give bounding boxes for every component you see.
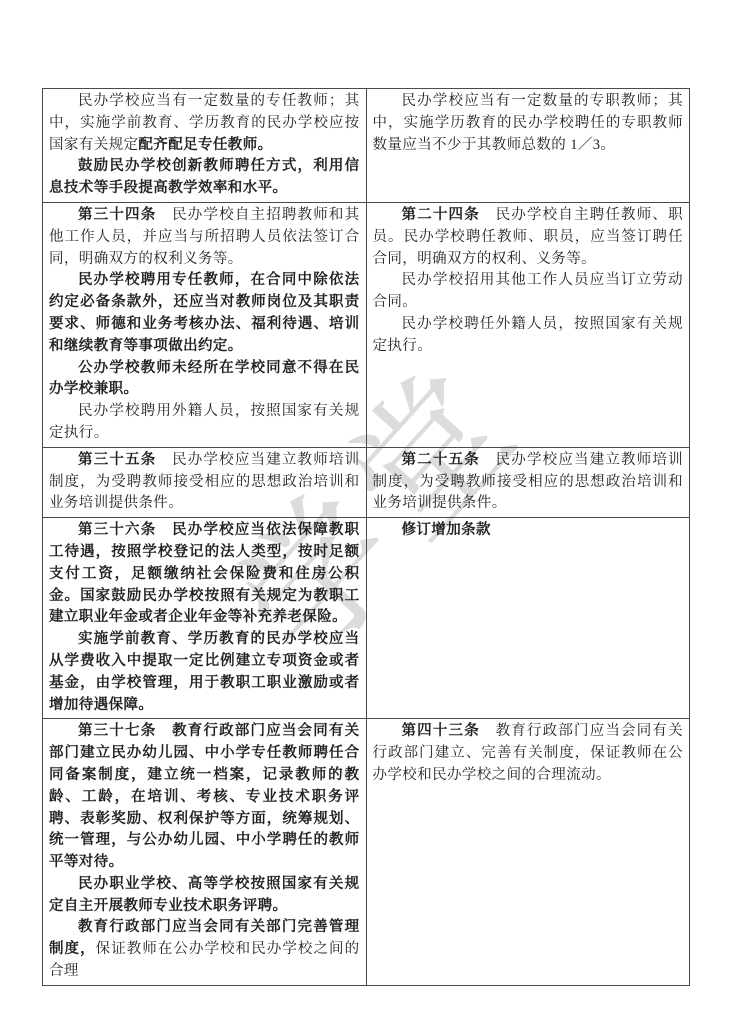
bold-run: 第三十六条	[78, 522, 156, 538]
bold-run: 民办职业学校、高等学校按照国家有关规定自主开展教师专业技术职务评聘。	[49, 876, 360, 914]
paragraph: 民办学校招用其他工作人员应当订立劳动合同。	[373, 270, 684, 314]
right-cell: 民办学校应当有一定数量的专职教师；其中，实施学历教育的民办学校聘任的专职教师数量…	[366, 89, 690, 203]
paragraph: 第三十六条 民办学校应当依法保障教职工待遇，按照学校登记的法人类型，按时足额支付…	[49, 520, 360, 629]
bold-run: 第二十四条	[402, 207, 480, 223]
right-cell: 第二十五条 民办学校应当建立教师培训制度，为受聘教师接受相应的思想政治培训和业务…	[366, 447, 690, 517]
table-row: 第三十七条 教育行政部门应当会同有关部门建立民办幼儿园、中小学专任教师聘任合同备…	[43, 719, 690, 986]
right-cell: 修订增加条款	[366, 518, 690, 719]
paragraph: 公办学校教师未经所在学校同意不得在民办学校兼职。	[49, 358, 360, 402]
paragraph: 修订增加条款	[373, 520, 684, 542]
bold-run: 公办学校教师未经所在学校同意不得在民办学校兼职。	[49, 360, 360, 398]
bold-run: 配齐配足专任教师。	[138, 137, 272, 153]
bold-run: 第三十七条	[78, 723, 156, 739]
left-cell: 第三十六条 民办学校应当依法保障教职工待遇，按照学校登记的法人类型，按时足额支付…	[43, 518, 367, 719]
bold-run: 第四十三条	[402, 723, 480, 739]
text-run: 民办学校聘任外籍人员，按照国家有关规定执行。	[373, 316, 684, 354]
left-cell: 第三十五条 民办学校应当建立教师培训制度，为受聘教师接受相应的思想政治培训和业务…	[43, 447, 367, 517]
text-run: 民办学校应当有一定数量的专职教师；其中，实施学历教育的民办学校聘任的专职教师数量…	[373, 93, 684, 153]
paragraph: 民办学校应当有一定数量的专职教师；其中，实施学历教育的民办学校聘任的专职教师数量…	[373, 91, 684, 156]
comparison-table: 民办学校应当有一定数量的专任教师；其中，实施学前教育、学历教育的民办学校应按国家…	[42, 88, 690, 986]
table-row: 第三十五条 民办学校应当建立教师培训制度，为受聘教师接受相应的思想政治培训和业务…	[43, 447, 690, 517]
paragraph: 实施学前教育、学历教育的民办学校应当从学费收入中提取一定比例建立专项资金或者基金…	[49, 629, 360, 716]
bold-run: 鼓励民办学校创新教师聘任方式，利用信息技术等手段提高教学效率和水平。	[49, 158, 360, 196]
right-cell: 第四十三条 教育行政部门应当会同有关行政部门建立、完善有关制度，保证教师在公办学…	[366, 719, 690, 986]
table-row: 第三十六条 民办学校应当依法保障教职工待遇，按照学校登记的法人类型，按时足额支付…	[43, 518, 690, 719]
paragraph: 民办学校聘用外籍人员，按照国家有关规定执行。	[49, 401, 360, 445]
bold-run: 第二十五条	[402, 452, 480, 468]
paragraph: 民办职业学校、高等学校按照国家有关规定自主开展教师专业技术职务评聘。	[49, 874, 360, 918]
document-page: 学堂 民办学校应当有一定数量的专任教师；其中，实施学前教育、学历教育的民办学校应…	[0, 0, 730, 1033]
left-cell: 民办学校应当有一定数量的专任教师；其中，实施学前教育、学历教育的民办学校应按国家…	[43, 89, 367, 203]
table-row: 第三十四条 民办学校自主招聘教师和其他工作人员，并应当与所招聘人员依法签订合同，…	[43, 202, 690, 447]
left-cell: 第三十四条 民办学校自主招聘教师和其他工作人员，并应当与所招聘人员依法签订合同，…	[43, 202, 367, 447]
paragraph: 第三十七条 教育行政部门应当会同有关部门建立民办幼儿园、中小学专任教师聘任合同备…	[49, 721, 360, 874]
comparison-table-body: 民办学校应当有一定数量的专任教师；其中，实施学前教育、学历教育的民办学校应按国家…	[43, 89, 690, 986]
text-run: 民办学校聘用外籍人员，按照国家有关规定执行。	[49, 403, 360, 441]
text-run: 民办学校招用其他工作人员应当订立劳动合同。	[373, 272, 684, 310]
paragraph: 第四十三条 教育行政部门应当会同有关行政部门建立、完善有关制度，保证教师在公办学…	[373, 721, 684, 786]
table-row: 民办学校应当有一定数量的专任教师；其中，实施学前教育、学历教育的民办学校应按国家…	[43, 89, 690, 203]
paragraph: 鼓励民办学校创新教师聘任方式，利用信息技术等手段提高教学效率和水平。	[49, 156, 360, 200]
bold-run: 第三十五条	[78, 452, 156, 468]
paragraph: 第二十四条 民办学校自主聘任教师、职员。民办学校聘任教师、职员，应当签订聘任合同…	[373, 205, 684, 270]
bold-run: 民办学校聘用专任教师，在合同中除依法约定必备条款外，还应当对教师岗位及其职责要求…	[49, 272, 360, 353]
paragraph: 民办学校应当有一定数量的专任教师；其中，实施学前教育、学历教育的民办学校应按国家…	[49, 91, 360, 156]
bold-run: 第三十四条	[78, 207, 156, 223]
right-cell: 第二十四条 民办学校自主聘任教师、职员。民办学校聘任教师、职员，应当签订聘任合同…	[366, 202, 690, 447]
paragraph: 民办学校聘用专任教师，在合同中除依法约定必备条款外，还应当对教师岗位及其职责要求…	[49, 270, 360, 357]
paragraph: 教育行政部门应当会同有关部门完善管理制度，保证教师在公办学校和民办学校之间的合理	[49, 917, 360, 982]
paragraph: 第三十五条 民办学校应当建立教师培训制度，为受聘教师接受相应的思想政治培训和业务…	[49, 450, 360, 515]
paragraph: 民办学校聘任外籍人员，按照国家有关规定执行。	[373, 314, 684, 358]
paragraph: 第二十五条 民办学校应当建立教师培训制度，为受聘教师接受相应的思想政治培训和业务…	[373, 450, 684, 515]
bold-run: 教育行政部门应当会同有关部门建立民办幼儿园、中小学专任教师聘任合同备案制度，建立…	[49, 723, 360, 870]
paragraph: 第三十四条 民办学校自主招聘教师和其他工作人员，并应当与所招聘人员依法签订合同，…	[49, 205, 360, 270]
text-run: 保证教师在公办学校和民办学校之间的合理	[49, 941, 359, 979]
bold-run: 实施学前教育、学历教育的民办学校应当从学费收入中提取一定比例建立专项资金或者基金…	[49, 631, 360, 712]
left-cell: 第三十七条 教育行政部门应当会同有关部门建立民办幼儿园、中小学专任教师聘任合同备…	[43, 719, 367, 986]
bold-run: 修订增加条款	[402, 522, 491, 538]
